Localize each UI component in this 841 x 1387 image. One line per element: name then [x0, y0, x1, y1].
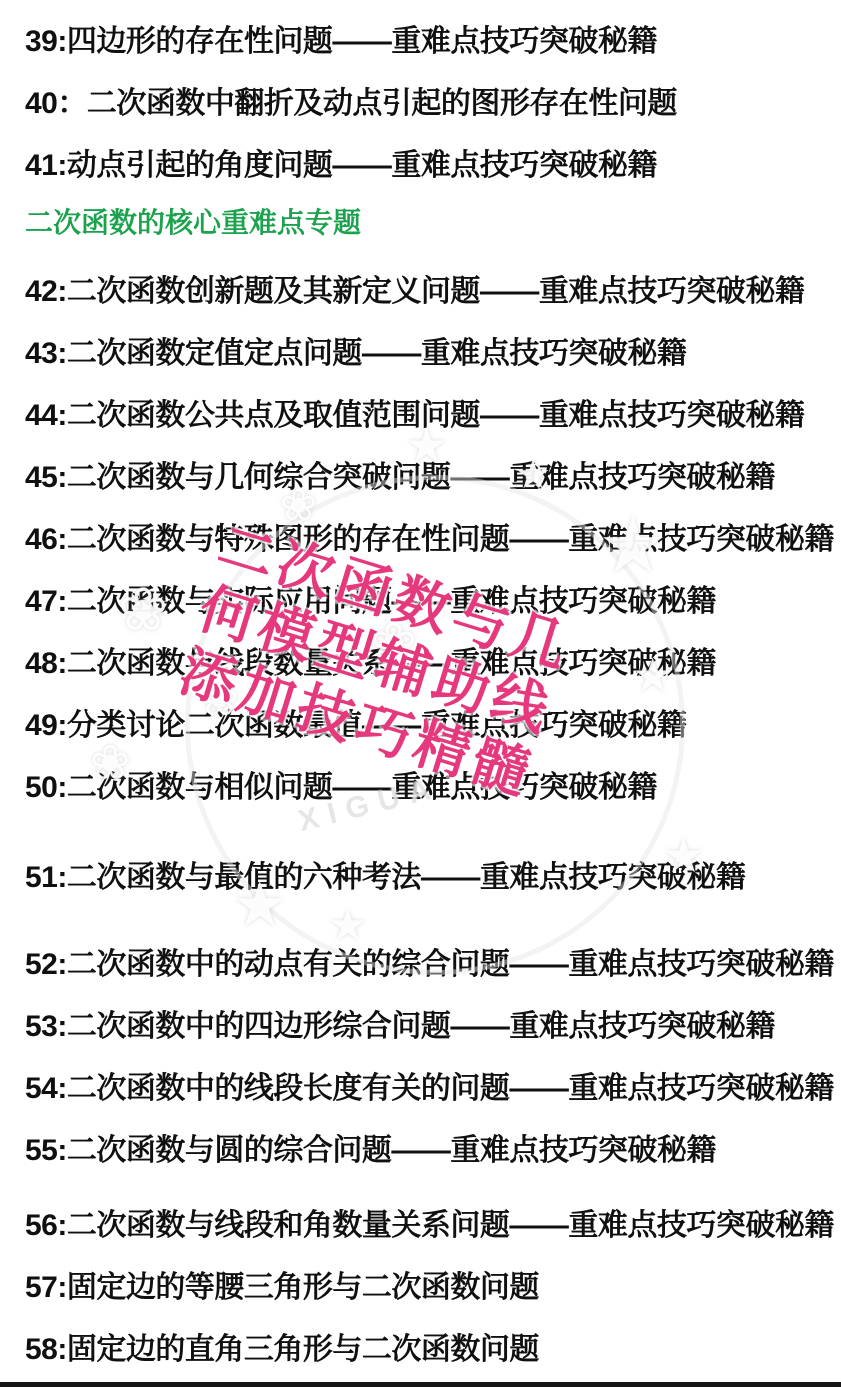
list-item: 43:二次函数定值定点问题——重难点技巧突破秘籍 [25, 334, 826, 374]
list-item: 47:二次函数与实际应用问题——重难点技巧突破秘籍 [25, 582, 826, 622]
list-item: 50:二次函数与相似问题——重难点技巧突破秘籍 [25, 768, 826, 808]
bottom-border [0, 1382, 841, 1387]
toc-page: 39:四边形的存在性问题——重难点技巧突破秘籍40：二次函数中翻折及动点引起的图… [0, 0, 841, 1387]
list-item: 56:二次函数与线段和角数量关系问题——重难点技巧突破秘籍 [25, 1206, 826, 1246]
list-item: 58:固定边的直角三角形与二次函数问题 [25, 1330, 826, 1370]
list-item: 48:二次函数与线段数量关系——重难点技巧突破秘籍 [25, 644, 826, 684]
list-item: 53:二次函数中的四边形综合问题——重难点技巧突破秘籍 [25, 1007, 826, 1047]
list-item: 46:二次函数与特殊图形的存在性问题——重难点技巧突破秘籍 [25, 520, 826, 560]
list-item: 49:分类讨论二次函数最值——重难点技巧突破秘籍 [25, 706, 826, 746]
list-item: 41:动点引起的角度问题——重难点技巧突破秘籍 [25, 146, 826, 186]
list-item: 45:二次函数与几何综合突破问题——重难点技巧突破秘籍 [25, 458, 826, 498]
list-item: 51:二次函数与最值的六种考法——重难点技巧突破秘籍 [25, 858, 826, 898]
list-item: 39:四边形的存在性问题——重难点技巧突破秘籍 [25, 22, 826, 62]
list-item: 57:固定边的等腰三角形与二次函数问题 [25, 1268, 826, 1308]
list-item: 55:二次函数与圆的综合问题——重难点技巧突破秘籍 [25, 1131, 826, 1171]
toc-list-top: 39:四边形的存在性问题——重难点技巧突破秘籍40：二次函数中翻折及动点引起的图… [25, 22, 826, 186]
list-item: 52:二次函数中的动点有关的综合问题——重难点技巧突破秘籍 [25, 945, 826, 985]
list-item: 42:二次函数创新题及其新定义问题——重难点技巧突破秘籍 [25, 272, 826, 312]
list-item: 44:二次函数公共点及取值范围问题——重难点技巧突破秘籍 [25, 396, 826, 436]
toc-list-main: 42:二次函数创新题及其新定义问题——重难点技巧突破秘籍43:二次函数定值定点问… [25, 272, 826, 1370]
list-item: 40：二次函数中翻折及动点引起的图形存在性问题 [25, 84, 826, 124]
list-item: 54:二次函数中的线段长度有关的问题——重难点技巧突破秘籍 [25, 1069, 826, 1109]
section-heading: 二次函数的核心重难点专题 [25, 203, 826, 243]
